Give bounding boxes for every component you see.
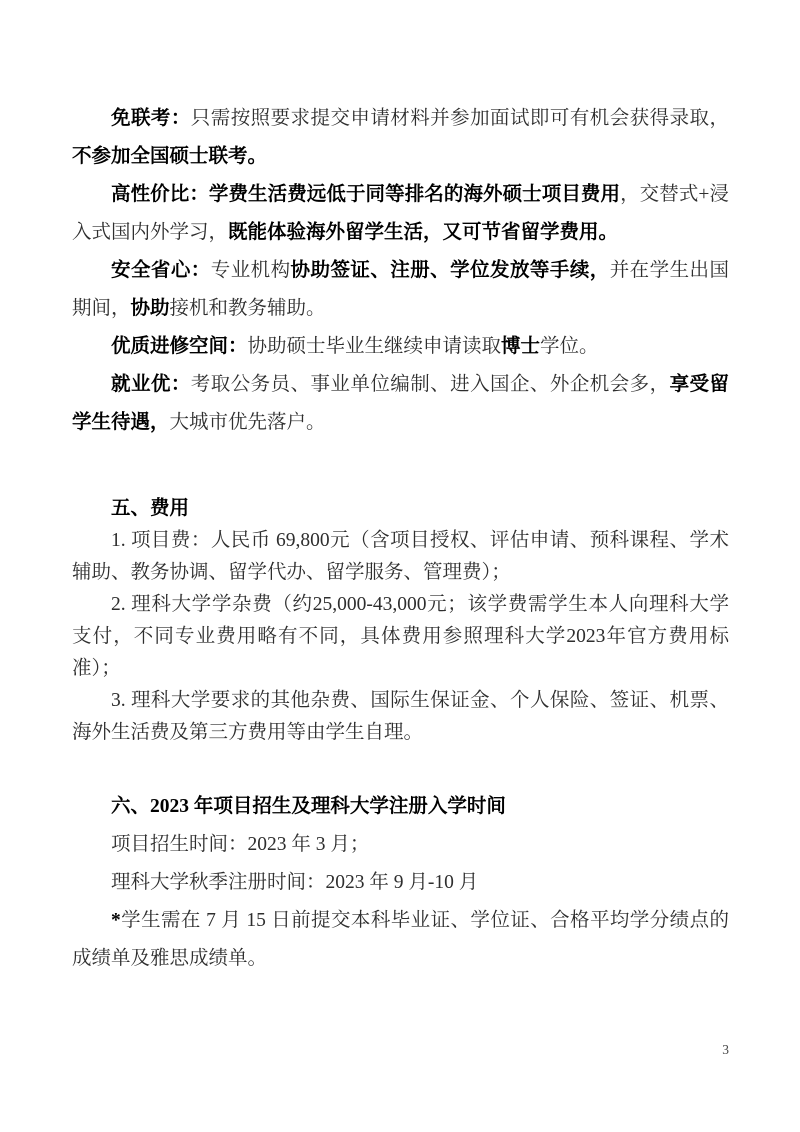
run-regular: 只需按照要求提交申请材料并参加面试即可有机会获得录取， [191, 108, 729, 129]
run-regular: 大城市优先落户。 [170, 412, 326, 433]
note-text: 学生需在 7 月 15 日前提交本科毕业证、学位证、合格平均学分绩点的成绩单及雅… [72, 910, 729, 969]
run-bold: 优质进修空间： [111, 336, 248, 357]
note-asterisk: * [111, 910, 121, 931]
note-deadline: *学生需在 7 月 15 日前提交本科毕业证、学位证、合格平均学分绩点的成绩单及… [72, 902, 729, 978]
para-further-study: 优质进修空间：协助硕士毕业生继续申请读取博士学位。 [72, 328, 729, 366]
run-bold: 高性价比：学费生活费远低于同等排名的海外硕士项目费用 [111, 184, 620, 205]
heading-schedule: 六、2023 年项目招生及理科大学注册入学时间 [72, 788, 729, 826]
heading-fees: 五、费用 [72, 493, 729, 525]
para-exam-free: 免联考：只需按照要求提交申请材料并参加面试即可有机会获得录取，不参加全国硕士联考… [72, 100, 729, 176]
document-page: 免联考：只需按照要求提交申请材料并参加面试即可有机会获得录取，不参加全国硕士联考… [0, 0, 800, 1132]
fee-item-tuition: 2. 理科大学学杂费（约25,000-43,000元；该学费需学生本人向理科大学… [72, 589, 729, 685]
run-bold: 就业优： [111, 374, 191, 395]
schedule-recruit-time: 项目招生时间：2023 年 3 月； [72, 826, 729, 864]
run-bold: 协助 [131, 298, 170, 319]
fee-item-other: 3. 理科大学要求的其他杂费、国际生保证金、个人保险、签证、机票、海外生活费及第… [72, 685, 729, 749]
para-safety: 安全省心：专业机构协助签证、注册、学位发放等手续，并在学生出国期间，协助接机和教… [72, 252, 729, 328]
run-regular: 考取公务员、事业单位编制、进入国企、外企机会多， [191, 374, 670, 395]
run-regular: 学位。 [540, 336, 599, 357]
run-bold: 博士 [501, 336, 540, 357]
run-regular: 协助硕士毕业生继续申请读取 [248, 336, 502, 357]
fee-item-project: 1. 项目费：人民币 69,800元（含项目授权、评估申请、预科课程、学术辅助、… [72, 525, 729, 589]
document-body: 免联考：只需按照要求提交申请材料并参加面试即可有机会获得录取，不参加全国硕士联考… [72, 100, 729, 978]
page-number: 3 [72, 1040, 729, 1060]
run-regular: 专业机构 [211, 260, 291, 281]
run-bold: 安全省心： [111, 260, 211, 281]
para-employment: 就业优：考取公务员、事业单位编制、进入国企、外企机会多，享受留学生待遇，大城市优… [72, 366, 729, 442]
run-bold: 不参加全国硕士联考。 [72, 146, 267, 167]
section-fees: 1. 项目费：人民币 69,800元（含项目授权、评估申请、预科课程、学术辅助、… [72, 525, 729, 749]
run-regular: 接机和教务辅助。 [170, 298, 326, 319]
schedule-register-time: 理科大学秋季注册时间：2023 年 9 月-10 月 [72, 864, 729, 902]
run-bold: 免联考： [111, 108, 191, 129]
run-bold: 协助签证、注册、学位发放等手续， [291, 260, 610, 281]
run-bold: 既能体验海外留学生活，又可节省留学费用。 [228, 222, 618, 243]
para-cost-effective: 高性价比：学费生活费远低于同等排名的海外硕士项目费用，交替式+浸入式国内外学习，… [72, 176, 729, 252]
